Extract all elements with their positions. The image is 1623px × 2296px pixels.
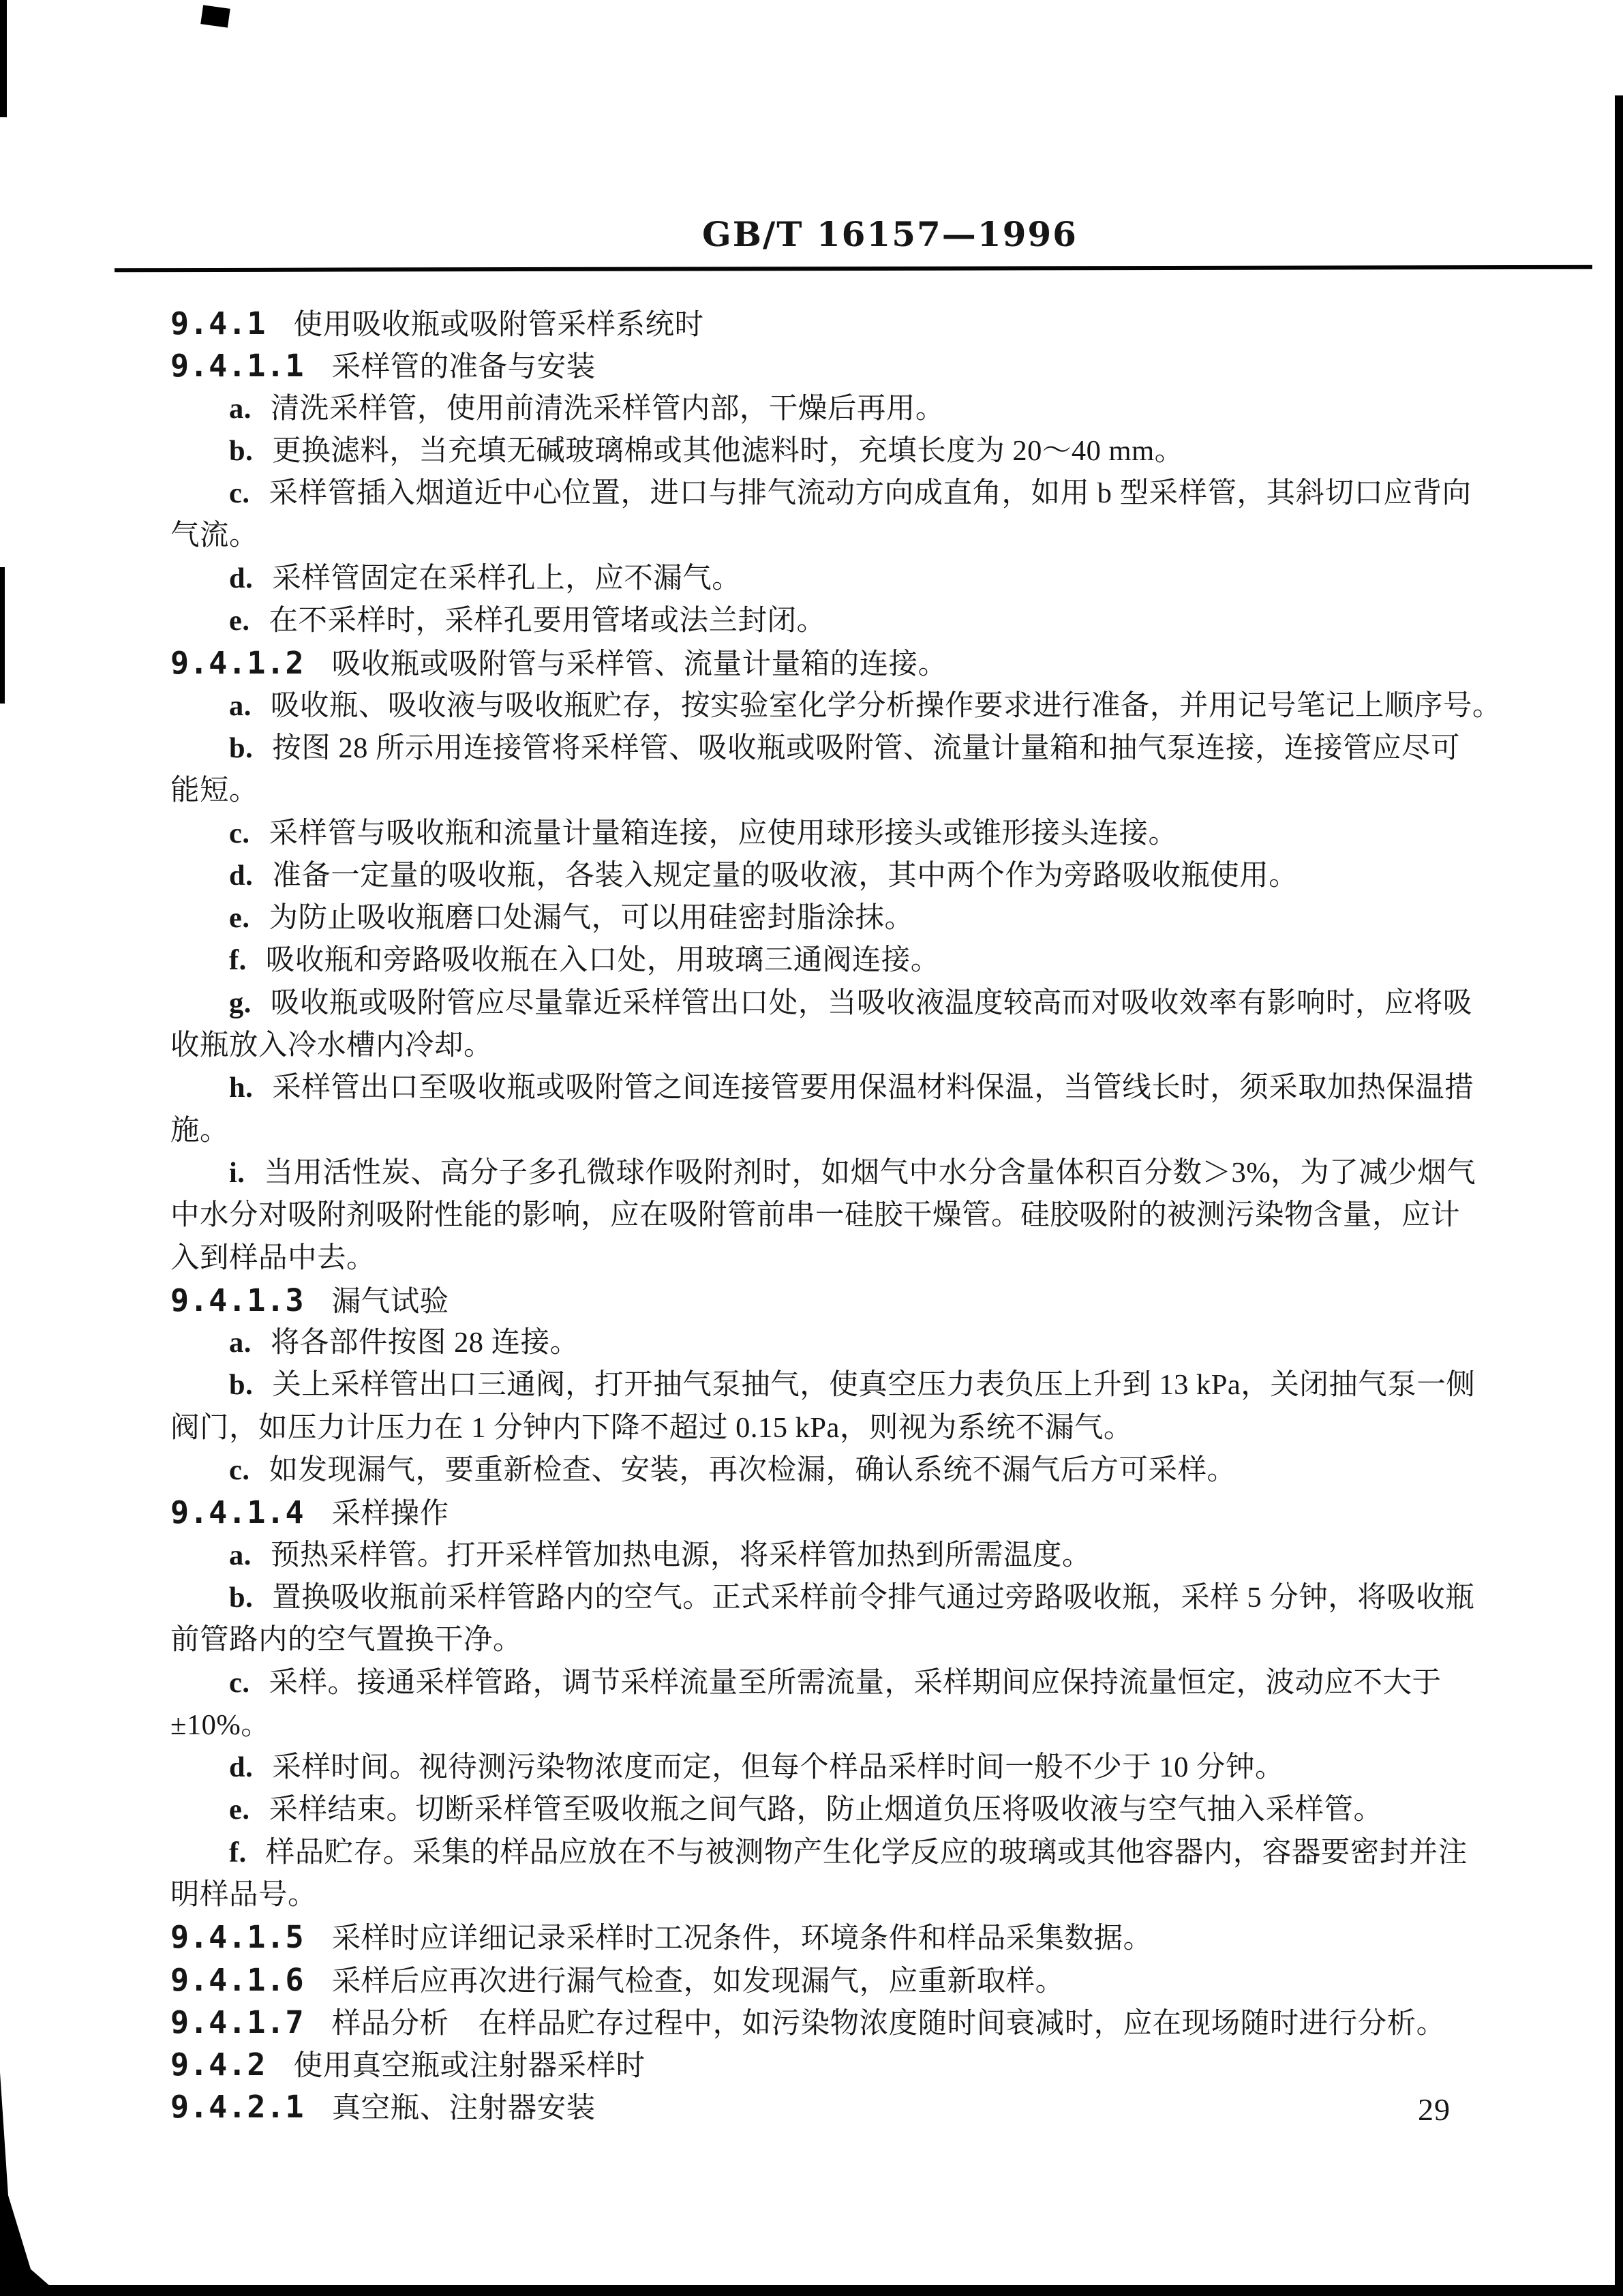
text-line: b.更换滤料，当充填无碱玻璃棉或其他滤料时，充填长度为 20～40 mm。 — [170, 430, 1469, 472]
line-label: d. — [229, 562, 253, 594]
text-line: f.吸收瓶和旁路吸收瓶在入口处，用玻璃三通阀连接。 — [170, 939, 1469, 982]
section-line: 9.4.1.6采样后应再次进行漏气检查，如发现漏气，应重新取样。 — [170, 1959, 1469, 2002]
line-label: 9.4.1.1 — [170, 348, 305, 384]
section-line: 9.4.1.3漏气试验 — [170, 1280, 1469, 1322]
text-line: e.为防止吸收瓶磨口处漏气，可以用硅密封脂涂抹。 — [170, 897, 1469, 939]
line-text: 吸收瓶和旁路吸收瓶在入口处，用玻璃三通阀连接。 — [266, 944, 940, 976]
line-label: 9.4.1.3 — [170, 1282, 305, 1318]
text-line: e.在不采样时，采样孔要用管堵或法兰封闭。 — [170, 600, 1469, 642]
section-line: 9.4.1.5采样时应详细记录采样时工况条件，环境条件和样品采集数据。 — [170, 1916, 1469, 1959]
line-label: a. — [229, 1539, 252, 1571]
section-line: 9.4.1使用吸收瓶或吸附管采样系统时 — [170, 303, 1469, 345]
section-line: 9.4.1.7样品分析 在样品贮存过程中，如污染物浓度随时间衰减时，应在现场随时… — [170, 2002, 1469, 2044]
line-text: 气流。 — [170, 519, 258, 552]
line-text: 吸收瓶、吸收液与吸收瓶贮存，按实验室化学分析操作要求进行准备，并用记号笔记上顺序… — [271, 690, 1502, 722]
line-label: a. — [229, 690, 252, 722]
text-line: e.采样结束。切断采样管至吸收瓶之间气路，防止烟道负压将吸收液与空气抽入采样管。 — [170, 1789, 1469, 1831]
scan-artifact-bottom-edge — [0, 2285, 1623, 2296]
line-text: 明样品号。 — [170, 1879, 317, 1911]
line-label: d. — [229, 860, 253, 892]
line-label: f. — [229, 944, 247, 976]
line-label: 9.4.1 — [170, 305, 266, 342]
text-line: a.清洗采样管，使用前清洗采样管内部，干燥后再用。 — [170, 388, 1469, 430]
line-text: 采样操作 — [332, 1498, 449, 1530]
line-label: b. — [229, 732, 253, 764]
line-label: 9.4.1.6 — [170, 1962, 305, 1998]
line-label: 9.4.1.5 — [170, 1919, 305, 1955]
text-line: b.关上采样管出口三通阀，打开抽气泵抽气，使真空压力表负压上升到 13 kPa，… — [170, 1364, 1469, 1406]
header-rule — [115, 265, 1592, 273]
line-text: 采样管出口至吸收瓶或吸附管之间连接管要用保温材料保温，当管线长时，须采取加热保温… — [272, 1072, 1474, 1104]
line-text: 更换滤料，当充填无碱玻璃棉或其他滤料时，充填长度为 20～40 mm。 — [272, 435, 1183, 467]
line-text: 样品分析 在样品贮存过程中，如污染物浓度随时间衰减时，应在现场随时进行分析。 — [332, 2008, 1446, 2040]
text-line: c.采样管插入烟道近中心位置，进口与排气流动方向成直角，如用 b 型采样管，其斜… — [170, 472, 1469, 515]
scan-artifact-left-edge-top — [0, 0, 7, 117]
section-line: 9.4.1.2吸收瓶或吸附管与采样管、流量计量箱的连接。 — [170, 642, 1469, 684]
text-line: 施。 — [170, 1110, 1469, 1152]
line-label: c. — [229, 1454, 250, 1486]
line-text: 阀门，如压力计压力在 1 分钟内下降不超过 0.15 kPa，则视为系统不漏气。 — [170, 1412, 1133, 1444]
line-label: b. — [229, 435, 253, 467]
text-line: i.当用活性炭、高分子多孔微球作吸附剂时，如烟气中水分含量体积百分数＞3%，为了… — [170, 1152, 1469, 1194]
line-text: ±10%。 — [170, 1709, 270, 1741]
line-text: 在不采样时，采样孔要用管堵或法兰封闭。 — [269, 605, 826, 637]
text-line: 阀门，如压力计压力在 1 分钟内下降不超过 0.15 kPa，则视为系统不漏气。 — [170, 1407, 1469, 1449]
line-label: f. — [229, 1837, 247, 1869]
line-text: 前管路内的空气置换干净。 — [170, 1624, 522, 1656]
line-text: 使用真空瓶或注射器采样时 — [293, 2050, 645, 2082]
line-label: b. — [229, 1369, 253, 1401]
line-label: e. — [229, 1794, 250, 1826]
line-label: 9.4.1.4 — [170, 1494, 305, 1530]
section-line: 9.4.1.4采样操作 — [170, 1492, 1469, 1534]
text-line: a.将各部件按图 28 连接。 — [170, 1322, 1469, 1364]
line-text: 使用吸收瓶或吸附管采样系统时 — [293, 309, 703, 341]
line-text: 采样管与吸收瓶和流量计量箱连接，应使用球形接头或锥形接头连接。 — [269, 817, 1178, 849]
text-line: b.置换吸收瓶前采样管路内的空气。正式采样前令排气通过旁路吸收瓶，采样 5 分钟… — [170, 1577, 1469, 1619]
line-label: a. — [229, 1327, 252, 1359]
text-line: 明样品号。 — [170, 1874, 1469, 1916]
line-text: 采样结束。切断采样管至吸收瓶之间气路，防止烟道负压将吸收液与空气抽入采样管。 — [269, 1794, 1383, 1826]
line-text: 能短。 — [170, 774, 258, 806]
line-label: e. — [229, 605, 250, 637]
text-line: c.采样管与吸收瓶和流量计量箱连接，应使用球形接头或锥形接头连接。 — [170, 813, 1469, 855]
line-text: 采样管固定在采样孔上，应不漏气。 — [272, 562, 741, 594]
scan-artifact-left-edge-mid — [0, 567, 5, 704]
line-text: 当用活性炭、高分子多孔微球作吸附剂时，如烟气中水分含量体积百分数＞3%，为了减少… — [264, 1157, 1476, 1189]
line-label: e. — [229, 902, 250, 934]
line-text: 如发现漏气，要重新检查、安装，再次检漏，确认系统不漏气后方可采样。 — [269, 1454, 1237, 1486]
line-text: 漏气试验 — [332, 1286, 449, 1318]
line-label: 9.4.2 — [170, 2046, 266, 2083]
page-number: 29 — [1418, 2091, 1451, 2128]
line-label: h. — [229, 1072, 253, 1104]
line-text: 关上采样管出口三通阀，打开抽气泵抽气，使真空压力表负压上升到 13 kPa，关闭… — [272, 1369, 1475, 1401]
line-text: 采样。接通采样管路，调节采样流量至所需流量，采样期间应保持流量恒定，波动应不大于 — [269, 1667, 1442, 1699]
line-label: 9.4.1.7 — [170, 2004, 305, 2040]
line-text: 置换吸收瓶前采样管路内的空气。正式采样前令排气通过旁路吸收瓶，采样 5 分钟，将… — [272, 1582, 1474, 1614]
line-text: 将各部件按图 28 连接。 — [271, 1327, 579, 1359]
text-line: h.采样管出口至吸收瓶或吸附管之间连接管要用保温材料保温，当管线长时，须采取加热… — [170, 1067, 1469, 1109]
text-line: c.如发现漏气，要重新检查、安装，再次检漏，确认系统不漏气后方可采样。 — [170, 1449, 1469, 1492]
text-line: c.采样。接通采样管路，调节采样流量至所需流量，采样期间应保持流量恒定，波动应不… — [170, 1662, 1469, 1704]
line-text: 入到样品中去。 — [170, 1242, 376, 1274]
line-text: 采样管的准备与安装 — [332, 351, 596, 383]
line-label: 9.4.2.1 — [170, 2089, 305, 2125]
section-line: 9.4.2使用真空瓶或注射器采样时 — [170, 2044, 1469, 2086]
text-line: 气流。 — [170, 515, 1469, 557]
line-label: d. — [229, 1751, 253, 1783]
line-text: 中水分对吸附剂吸附性能的影响，应在吸附管前串一硅胶干燥管。硅胶吸附的被测污染物含… — [170, 1199, 1460, 1231]
text-line: ±10%。 — [170, 1704, 1469, 1747]
text-line: 能短。 — [170, 770, 1469, 812]
text-line: d.准备一定量的吸收瓶，各装入规定量的吸收液，其中两个作为旁路吸收瓶使用。 — [170, 855, 1469, 897]
line-text: 为防止吸收瓶磨口处漏气，可以用硅密封脂涂抹。 — [269, 902, 914, 934]
section-line: 9.4.2.1真空瓶、注射器安装 — [170, 2086, 1469, 2128]
line-label: 9.4.1.2 — [170, 645, 305, 681]
text-line: f.样品贮存。采集的样品应放在不与被测物产生化学反应的玻璃或其他容器内，容器要密… — [170, 1832, 1469, 1874]
line-text: 吸收瓶或吸附管应尽量靠近采样管出口处，当吸收液温度较高而对吸收效率有影响时，应将… — [271, 987, 1472, 1019]
scan-artifact-bottom-left-corner — [0, 2072, 102, 2296]
text-line: 入到样品中去。 — [170, 1237, 1469, 1280]
text-block: 9.4.1使用吸收瓶或吸附管采样系统时9.4.1.1采样管的准备与安装a.清洗采… — [170, 303, 1469, 2129]
text-line: d.采样管固定在采样孔上，应不漏气。 — [170, 558, 1469, 600]
text-line: a.吸收瓶、吸收液与吸收瓶贮存，按实验室化学分析操作要求进行准备，并用记号笔记上… — [170, 685, 1469, 727]
line-text: 吸收瓶或吸附管与采样管、流量计量箱的连接。 — [332, 648, 947, 680]
line-text: 准备一定量的吸收瓶，各装入规定量的吸收液，其中两个作为旁路吸收瓶使用。 — [272, 860, 1298, 892]
line-text: 预热采样管。打开采样管加热电源，将采样管加热到所需温度。 — [271, 1539, 1091, 1571]
line-label: c. — [229, 1667, 250, 1699]
line-text: 收瓶放入冷水槽内冷却。 — [170, 1029, 493, 1061]
line-text: 施。 — [170, 1115, 229, 1147]
scan-artifact-topleft-mark — [200, 5, 230, 27]
line-label: c. — [229, 817, 250, 849]
text-line: b.按图 28 所示用连接管将采样管、吸收瓶或吸附管、流量计量箱和抽气泵连接，连… — [170, 727, 1469, 770]
line-text: 按图 28 所示用连接管将采样管、吸收瓶或吸附管、流量计量箱和抽气泵连接，连接管… — [272, 732, 1460, 764]
text-line: 前管路内的空气置换干净。 — [170, 1619, 1469, 1661]
line-text: 真空瓶、注射器安装 — [332, 2092, 596, 2124]
section-line: 9.4.1.1采样管的准备与安装 — [170, 345, 1469, 387]
scan-artifact-right-edge — [1615, 95, 1623, 2296]
line-text: 采样管插入烟道近中心位置，进口与排气流动方向成直角，如用 b 型采样管，其斜切口… — [269, 477, 1472, 509]
text-line: 中水分对吸附剂吸附性能的影响，应在吸附管前串一硅胶干燥管。硅胶吸附的被测污染物含… — [170, 1194, 1469, 1237]
text-line: d.采样时间。视待测污染物浓度而定，但每个样品采样时间一般不少于 10 分钟。 — [170, 1747, 1469, 1789]
line-text: 采样时应详细记录采样时工况条件，环境条件和样品采集数据。 — [332, 1922, 1153, 1954]
line-label: g. — [229, 987, 252, 1019]
line-text: 采样时间。视待测污染物浓度而定，但每个样品采样时间一般不少于 10 分钟。 — [272, 1751, 1284, 1783]
text-line: g.吸收瓶或吸附管应尽量靠近采样管出口处，当吸收液温度较高而对吸收效率有影响时，… — [170, 982, 1469, 1025]
line-text: 采样后应再次进行漏气检查，如发现漏气，应重新取样。 — [332, 1965, 1065, 1997]
text-line: 收瓶放入冷水槽内冷却。 — [170, 1025, 1469, 1067]
line-text: 清洗采样管，使用前清洗采样管内部，干燥后再用。 — [271, 393, 945, 425]
line-label: a. — [229, 393, 252, 425]
line-label: c. — [229, 477, 250, 509]
line-text: 样品贮存。采集的样品应放在不与被测物产生化学反应的玻璃或其他容器内，容器要密封并… — [266, 1837, 1468, 1869]
line-label: i. — [229, 1157, 245, 1189]
line-label: b. — [229, 1582, 253, 1614]
standard-number: GB/T 16157—1996 — [0, 214, 1623, 254]
text-line: a.预热采样管。打开采样管加热电源，将采样管加热到所需温度。 — [170, 1535, 1469, 1577]
